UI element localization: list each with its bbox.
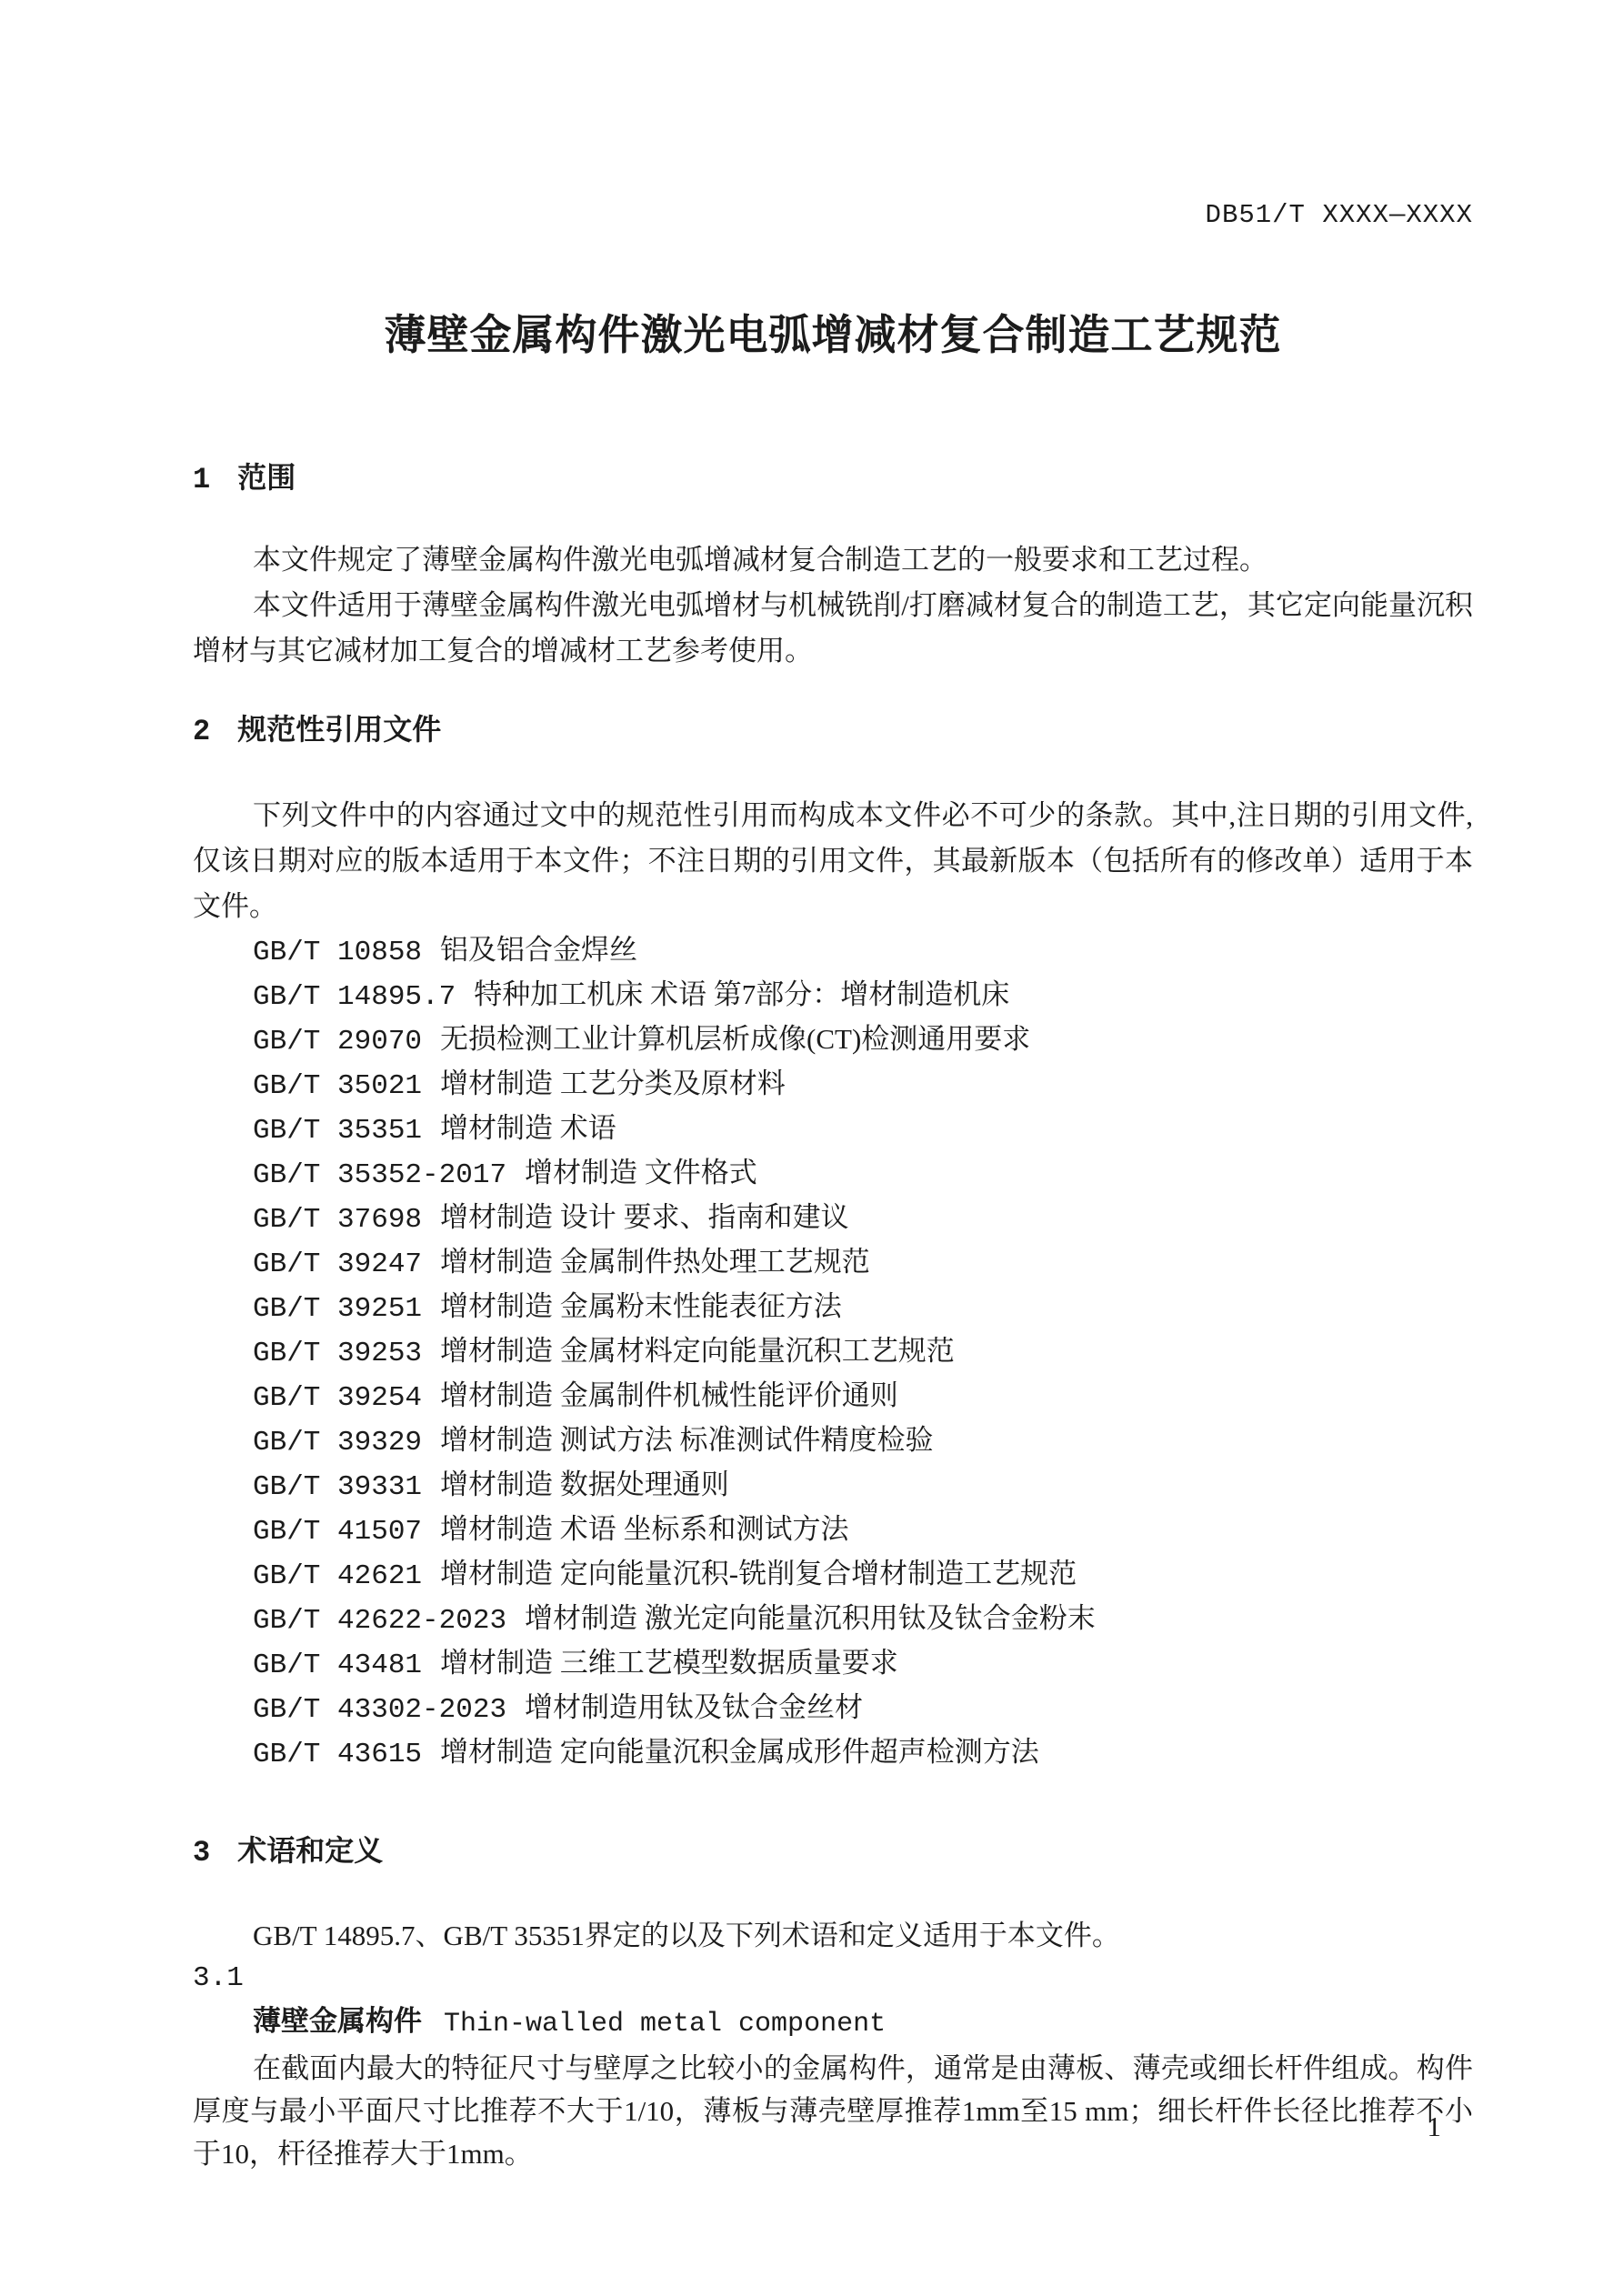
section-1-heading: 1范围 (193, 458, 1473, 499)
reference-code: GB/T 35352-2017 (253, 1159, 506, 1191)
standard-code: DB51/T XXXX—XXXX (193, 200, 1473, 231)
section-2-number: 2 (193, 713, 210, 751)
reference-title: 增材制造 金属粉末性能表征方法 (440, 1290, 842, 1322)
reference-code: GB/T 41507 (253, 1516, 422, 1548)
reference-title: 增材制造 术语 (440, 1112, 616, 1144)
section-2-title: 规范性引用文件 (237, 713, 441, 746)
document-title: 薄壁金属构件激光电弧增减材复合制造工艺规范 (193, 309, 1473, 360)
section-2-heading: 2规范性引用文件 (193, 710, 1473, 751)
reference-item: GB/T 43302-2023增材制造用钛及钛合金丝材 (193, 1687, 1473, 1731)
reference-title: 增材制造 金属材料定向能量沉积工艺规范 (440, 1335, 955, 1367)
reference-item: GB/T 42621增材制造 定向能量沉积-铣削复合增材制造工艺规范 (193, 1553, 1473, 1598)
page-number: 1 (1428, 2111, 1442, 2142)
term-definition: 在截面内最大的特征尺寸与壁厚之比较小的金属构件，通常是由薄板、薄壳或细长杆件组成… (193, 2047, 1473, 2175)
reference-item: GB/T 39251增材制造 金属粉末性能表征方法 (193, 1286, 1473, 1330)
term-line: 薄壁金属构件Thin-walled metal component (193, 1999, 1473, 2047)
reference-title: 增材制造 数据处理通则 (440, 1469, 729, 1500)
reference-code: GB/T 14895.7 (253, 981, 456, 1013)
section-normative-references: 2规范性引用文件 下列文件中的内容通过文中的规范性引用而构成本文件必不可少的条款… (193, 710, 1473, 1776)
section-3-heading: 3术语和定义 (193, 1831, 1473, 1872)
reference-code: GB/T 39247 (253, 1248, 422, 1280)
section-scope: 1范围 本文件规定了薄壁金属构件激光电弧增减材复合制造工艺的一般要求和工艺过程。… (193, 458, 1473, 674)
reference-code: GB/T 29070 (253, 1026, 422, 1058)
reference-item: GB/T 42622-2023增材制造 激光定向能量沉积用钛及钛合金粉末 (193, 1598, 1473, 1642)
reference-item: GB/T 39329增材制造 测试方法 标准测试件精度检验 (193, 1419, 1473, 1464)
reference-code: GB/T 39331 (253, 1471, 422, 1503)
reference-item: GB/T 37698增材制造 设计 要求、指南和建议 (193, 1197, 1473, 1241)
section-terms-definitions: 3术语和定义 GB/T 14895.7、GB/T 35351界定的以及下列术语和… (193, 1831, 1473, 2175)
reference-item: GB/T 39331增材制造 数据处理通则 (193, 1464, 1473, 1509)
reference-code: GB/T 35351 (253, 1115, 422, 1147)
reference-item: GB/T 39254增材制造 金属制件机械性能评价通则 (193, 1375, 1473, 1419)
reference-code: GB/T 43302-2023 (253, 1694, 506, 1726)
reference-title: 增材制造 金属制件机械性能评价通则 (440, 1379, 898, 1411)
paragraph: 本文件适用于薄壁金属构件激光电弧增材与机械铣削/打磨减材复合的制造工艺，其它定向… (193, 583, 1473, 674)
reference-code: GB/T 37698 (253, 1204, 422, 1236)
reference-item: GB/T 43481增材制造 三维工艺模型数据质量要求 (193, 1642, 1473, 1687)
reference-title: 增材制造 定向能量沉积金属成形件超声检测方法 (440, 1736, 1039, 1768)
reference-title: 增材制造 激光定向能量沉积用钛及钛合金粉末 (525, 1602, 1096, 1634)
paragraph: GB/T 14895.7、GB/T 35351界定的以及下列术语和定义适用于本文… (193, 1913, 1473, 1959)
reference-list: GB/T 10858铝及铝合金焊丝 GB/T 14895.7特种加工机床 术语 … (193, 929, 1473, 1776)
reference-code: GB/T 10858 (253, 937, 422, 968)
reference-item: GB/T 10858铝及铝合金焊丝 (193, 929, 1473, 974)
reference-item: GB/T 39247增材制造 金属制件热处理工艺规范 (193, 1241, 1473, 1286)
reference-item: GB/T 29070无损检测工业计算机层析成像(CT)检测通用要求 (193, 1018, 1473, 1063)
reference-code: GB/T 43615 (253, 1739, 422, 1770)
term-chinese: 薄壁金属构件 (253, 2005, 422, 2037)
reference-code: GB/T 39251 (253, 1293, 422, 1325)
paragraph: 本文件规定了薄壁金属构件激光电弧增减材复合制造工艺的一般要求和工艺过程。 (193, 537, 1473, 583)
reference-code: GB/T 42622-2023 (253, 1605, 506, 1637)
section-1-number: 1 (193, 461, 210, 499)
reference-item: GB/T 35021增材制造 工艺分类及原材料 (193, 1063, 1473, 1108)
reference-item: GB/T 41507增材制造 术语 坐标系和测试方法 (193, 1509, 1473, 1553)
reference-item: GB/T 43615增材制造 定向能量沉积金属成形件超声检测方法 (193, 1731, 1473, 1776)
reference-title: 无损检测工业计算机层析成像(CT)检测通用要求 (440, 1023, 1030, 1055)
section-3-title: 术语和定义 (237, 1834, 383, 1867)
paragraph: 下列文件中的内容通过文中的规范性引用而构成本文件必不可少的条款。其中,注日期的引… (193, 793, 1473, 929)
document-page: DB51/T XXXX—XXXX 薄壁金属构件激光电弧增减材复合制造工艺规范 1… (0, 0, 1623, 2296)
section-1-title: 范围 (237, 461, 296, 494)
reference-title: 增材制造 测试方法 标准测试件精度检验 (440, 1424, 934, 1456)
reference-code: GB/T 39254 (253, 1382, 422, 1414)
reference-title: 增材制造 金属制件热处理工艺规范 (440, 1246, 870, 1278)
reference-title: 铝及铝合金焊丝 (440, 934, 637, 966)
reference-item: GB/T 39253增材制造 金属材料定向能量沉积工艺规范 (193, 1330, 1473, 1375)
reference-code: GB/T 39329 (253, 1427, 422, 1459)
reference-title: 增材制造 工艺分类及原材料 (440, 1068, 786, 1099)
reference-title: 特种加工机床 术语 第7部分：增材制造机床 (474, 978, 1009, 1010)
reference-title: 增材制造 三维工艺模型数据质量要求 (440, 1647, 898, 1679)
reference-code: GB/T 43481 (253, 1649, 422, 1681)
reference-title: 增材制造 设计 要求、指南和建议 (440, 1201, 849, 1233)
reference-title: 增材制造用钛及钛合金丝材 (525, 1691, 863, 1723)
term-english: Thin-walled metal component (444, 2009, 886, 2040)
section-3-number: 3 (193, 1834, 210, 1872)
reference-code: GB/T 42621 (253, 1560, 422, 1592)
reference-title: 增材制造 术语 坐标系和测试方法 (440, 1513, 849, 1545)
reference-code: GB/T 39253 (253, 1338, 422, 1369)
reference-title: 增材制造 文件格式 (525, 1157, 757, 1188)
reference-item: GB/T 35351增材制造 术语 (193, 1108, 1473, 1152)
reference-item: GB/T 14895.7特种加工机床 术语 第7部分：增材制造机床 (193, 974, 1473, 1018)
reference-item: GB/T 35352-2017增材制造 文件格式 (193, 1152, 1473, 1197)
reference-code: GB/T 35021 (253, 1070, 422, 1102)
clause-number: 3.1 (193, 1959, 1473, 1999)
reference-title: 增材制造 定向能量沉积-铣削复合增材制造工艺规范 (440, 1558, 1077, 1589)
